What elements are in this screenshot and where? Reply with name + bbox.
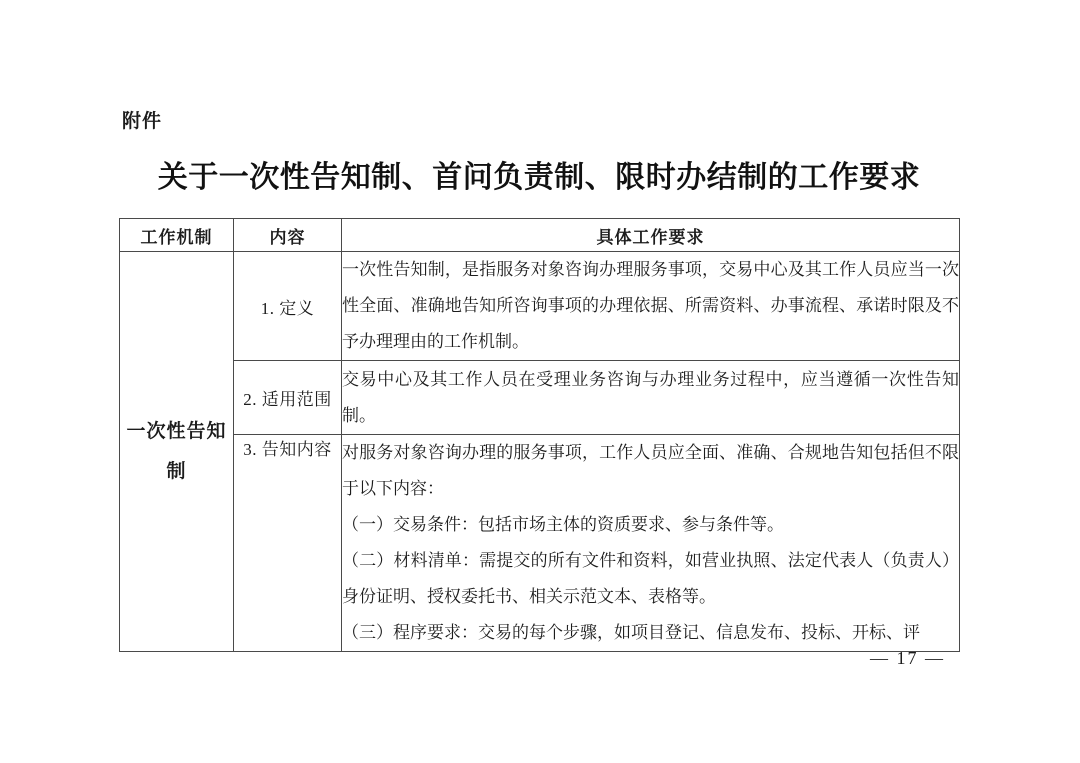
mechanism-group-cell: 一次性告知制 [120,252,234,652]
header-specific-requirements: 具体工作要求 [342,219,960,252]
requirement-cell-definition: 一次性告知制，是指服务对象咨询办理服务事项，交易中心及其工作人员应当一次性全面、… [342,252,960,361]
requirement-text-scope: 交易中心及其工作人员在受理业务咨询与办理业务过程中，应当遵循一次性告知制。 [342,362,959,434]
attachment-label: 附件 [122,106,162,133]
page-title: 关于一次性告知制、首问负责制、限时办结制的工作要求 [119,152,959,196]
content-cell-notification-items: 3. 告知内容 [234,435,342,652]
table-header-row: 工作机制 内容 具体工作要求 [120,219,960,252]
document-page: 附件 关于一次性告知制、首问负责制、限时办结制的工作要求 工作机制 内容 具体工… [0,0,1080,763]
mechanism-group-label: 一次性告知制 [127,412,227,492]
requirement-cell-scope: 交易中心及其工作人员在受理业务咨询与办理业务过程中，应当遵循一次性告知制。 [342,361,960,435]
header-work-mechanism: 工作机制 [120,219,234,252]
requirement-paragraph-item-2: （二）材料清单：需提交的所有文件和资料，如营业执照、法定代表人（负责人）身份证明… [342,543,959,615]
table-row-definition: 一次性告知制 1. 定义 一次性告知制，是指服务对象咨询办理服务事项，交易中心及… [120,252,960,361]
requirement-paragraph-item-1: （一）交易条件：包括市场主体的资质要求、参与条件等。 [342,507,959,543]
page-number: — 17 — [119,648,959,669]
content-cell-scope: 2. 适用范围 [234,361,342,435]
table-row-notification-items: 3. 告知内容 对服务对象咨询办理的服务事项，工作人员应全面、准确、合规地告知包… [120,435,960,652]
work-requirements-table: 工作机制 内容 具体工作要求 一次性告知制 1. 定义 一次性告知制，是指服务对… [119,218,960,652]
content-cell-definition: 1. 定义 [234,252,342,361]
header-content: 内容 [234,219,342,252]
requirement-paragraph-item-3: （三）程序要求：交易的每个步骤，如项目登记、信息发布、投标、开标、评 [342,615,959,651]
table-row-scope: 2. 适用范围 交易中心及其工作人员在受理业务咨询与办理业务过程中，应当遵循一次… [120,361,960,435]
requirement-paragraph-intro: 对服务对象咨询办理的服务事项，工作人员应全面、准确、合规地告知包括但不限于以下内… [342,435,959,507]
requirement-text-definition: 一次性告知制，是指服务对象咨询办理服务事项，交易中心及其工作人员应当一次性全面、… [342,252,959,360]
requirement-cell-notification-items: 对服务对象咨询办理的服务事项，工作人员应全面、准确、合规地告知包括但不限于以下内… [342,435,960,652]
